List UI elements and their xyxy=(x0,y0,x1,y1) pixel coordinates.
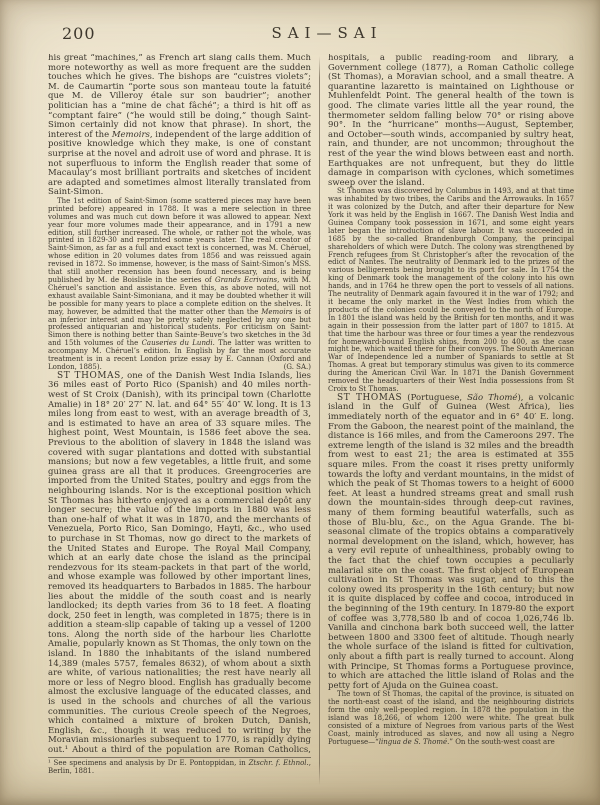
text-columns: his great “machines,” as French art slan… xyxy=(48,54,574,795)
right-column: hospitals, a public reading-room and lib… xyxy=(328,54,574,795)
italic-text: lingua de S. Thomé. xyxy=(379,738,450,746)
paragraph: The town of St Thomas, the capital of th… xyxy=(328,691,574,746)
running-title: SAI—SAI xyxy=(64,24,590,42)
italic-text: Causeries du Lundi xyxy=(142,339,213,347)
page-content: 200 SAI—SAI his great “machines,” as Fre… xyxy=(48,22,574,795)
footnote-rule xyxy=(48,757,311,758)
footnote: ¹ See specimens and analysis by Dr E. Po… xyxy=(48,754,311,776)
paragraph: ST THOMAS (Portuguese, São Thomé), a vol… xyxy=(328,394,574,691)
paragraph: hospitals, a public reading-room and lib… xyxy=(328,54,574,188)
italic-text: Memoirs xyxy=(112,130,150,140)
footnote-text: ¹ See specimens and analysis by Dr E. Po… xyxy=(48,760,311,776)
italic-text: Grands Ecrivains xyxy=(215,276,277,284)
paragraph: St Thomas was discovered by Columbus in … xyxy=(328,188,574,394)
left-column-body: his great “machines,” as French art slan… xyxy=(48,54,311,754)
paragraph: ST THOMAS, one of the Danish West India … xyxy=(48,372,311,754)
article-headword: ST THOMAS xyxy=(337,393,402,403)
scanned-book-page: 200 SAI—SAI his great “machines,” as Fre… xyxy=(0,0,600,805)
italic-text: São Thomé xyxy=(467,393,517,403)
italic-text: Memoirs xyxy=(261,308,292,316)
left-column: his great “machines,” as French art slan… xyxy=(48,54,311,776)
article-headword: ST THOMAS xyxy=(57,371,121,381)
running-head: 200 SAI—SAI xyxy=(48,22,574,48)
paragraph: The 1st edition of Saint-Simon (some sca… xyxy=(48,198,311,372)
paragraph: his great “machines,” as French art slan… xyxy=(48,54,311,198)
italic-text: Ztschr. f. Ethnol. xyxy=(249,759,309,767)
column-divider xyxy=(319,56,320,785)
